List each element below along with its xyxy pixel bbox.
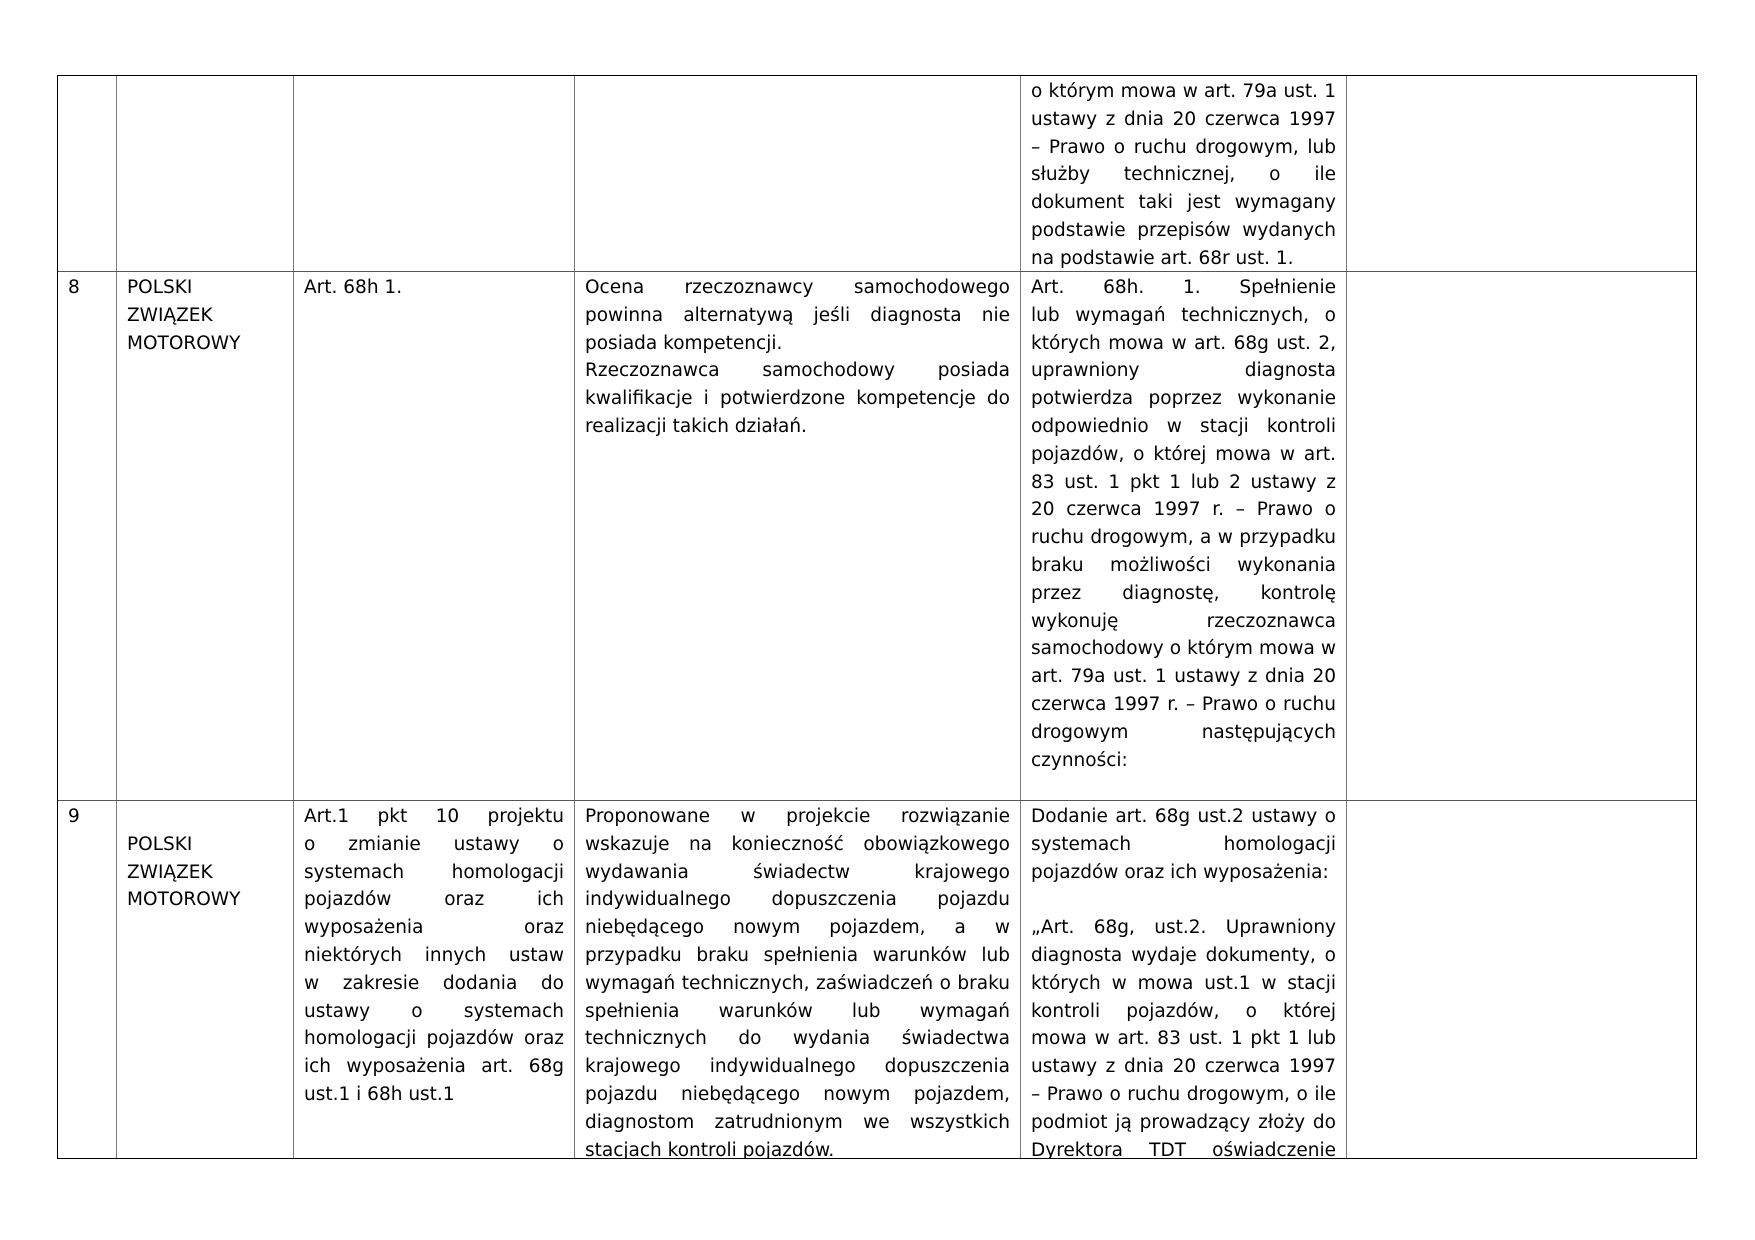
text-line: w zakresie dodania do (304, 970, 564, 998)
text-line: na podstawie art. 68r ust. 1. (1031, 245, 1336, 271)
cell-przepis: Art. 68h 1. (294, 272, 575, 800)
cell-text (1357, 803, 1686, 831)
text-line: których mowa w art. 68g ust. 2, (1031, 330, 1336, 358)
cell-propozycja: o którym mowa w art. 79a ust. 1ustawy z … (1021, 76, 1347, 271)
text-line: systemach homologacji (1031, 831, 1336, 859)
organization-name-line: MOTOROWY (127, 886, 283, 914)
text-line: diagnosta wydaje dokumenty, o (1031, 942, 1336, 970)
text-line: technicznych do wydania świadectwa (585, 1025, 1010, 1053)
text-line (1031, 886, 1336, 914)
text-line: posiada kompetencji. (585, 330, 1010, 358)
cell-lp: 8 (58, 272, 117, 800)
organization-name-line: MOTOROWY (127, 330, 283, 358)
text-line: pojazdów, o której mowa w art. (1031, 441, 1336, 469)
text-line: Art.1 pkt 10 projektu ustawy (304, 803, 564, 831)
cell-uwaga: Ocena rzeczoznawcy samochodowegopowinna … (575, 272, 1021, 800)
text-line: podmiot ją prowadzący złoży do (1031, 1109, 1336, 1137)
text-line: krajowego indywidualnego dopuszczenia (585, 1053, 1010, 1081)
organization-name-line: POLSKI (127, 831, 283, 859)
text-line: kontroli pojazdów, o której (1031, 998, 1336, 1026)
text-line: o zmianie ustawy o (304, 831, 564, 859)
text-line: stacjach kontroli pojazdów. (585, 1137, 1010, 1158)
cell-text (1357, 274, 1686, 302)
text-line: ustawy z dnia 20 czerwca 1997 r. (1031, 1053, 1336, 1081)
cell-przepis: Art.1 pkt 10 projektu ustawyo zmianie us… (294, 801, 575, 1158)
cell-podmiot: POLSKIZWIĄZEKMOTOROWY (117, 801, 294, 1158)
text-line: ustawy z dnia 20 czerwca 1997 r. (1031, 106, 1336, 134)
cell-text (68, 78, 106, 106)
text-line: wykonuję rzeczoznawca (1031, 608, 1336, 636)
table-row: o którym mowa w art. 79a ust. 1ustawy z … (58, 76, 1696, 272)
text-line: 20 czerwca 1997 r. – Prawo o (1031, 496, 1336, 524)
text-line: samochodowy o którym mowa w (1031, 635, 1336, 663)
text-line: Proponowane w projekcie rozwiązanie (585, 803, 1010, 831)
text-line: – Prawo o ruchu drogowym, lub (1031, 134, 1336, 162)
text-line: Rzeczoznawca samochodowy posiada (585, 357, 1010, 385)
text-line: uprawniony diagnosta (1031, 357, 1336, 385)
text-line: Ocena rzeczoznawcy samochodowego (585, 274, 1010, 302)
text-line: pojazdu niebędącego nowym pojazdem, (585, 1081, 1010, 1109)
text-line: Dyrektora TDT oświadczenie (1031, 1137, 1336, 1158)
cell-propozycja: Dodanie art. 68g ust.2 ustawy osystemach… (1021, 801, 1347, 1158)
text-line: których w mowa ust.1 w stacji (1031, 970, 1336, 998)
cell-uwaga: Proponowane w projekcie rozwiązaniewskaz… (575, 801, 1021, 1158)
text-line: czynności: (1031, 747, 1336, 775)
text-line: wskazuje na konieczność obowiązkowego (585, 831, 1010, 859)
text-line: „Art. 68g, ust.2. Uprawniony (1031, 914, 1336, 942)
organization-name-line: POLSKI (127, 274, 283, 302)
text-line: ustawy o systemach (304, 998, 564, 1026)
cell-podmiot (117, 76, 294, 271)
cell-podmiot: POLSKIZWIĄZEKMOTOROWY (117, 272, 294, 800)
text-line: mowa w art. 83 ust. 1 pkt 1 lub 2 (1031, 1025, 1336, 1053)
text-line: wydawania świadectw krajowego (585, 859, 1010, 887)
text-line: przez diagnostę, kontrolę (1031, 580, 1336, 608)
text-line: pojazdów oraz ich (304, 886, 564, 914)
text-line: diagnostom zatrudnionym we wszystkich (585, 1109, 1010, 1137)
text-line: podstawie przepisów wydanych (1031, 217, 1336, 245)
organization-name-line: ZWIĄZEK (127, 859, 283, 887)
text-line: powinna alternatywą jeśli diagnosta nie (585, 302, 1010, 330)
text-line: realizacji takich działań. (585, 413, 1010, 441)
text-line: ust.1 i 68h ust.1 (304, 1081, 564, 1109)
table-row: 8 POLSKIZWIĄZEKMOTOROWY Art. 68h 1. Ocen… (58, 272, 1696, 801)
text-line: lub wymagań technicznych, o (1031, 302, 1336, 330)
text-line: czerwca 1997 r. – Prawo o ruchu (1031, 691, 1336, 719)
text-line: spełnienia warunków lub wymagań (585, 998, 1010, 1026)
text-line: pojazdów oraz ich wyposażenia: (1031, 859, 1336, 887)
cell-text: 9 (68, 803, 106, 831)
text-line: Art. 68h 1. (304, 274, 564, 302)
text-line: ich wyposażenia art. 68g (304, 1053, 564, 1081)
organization-name-line: ZWIĄZEK (127, 302, 283, 330)
text-line: indywidualnego dopuszczenia pojazdu (585, 886, 1010, 914)
text-line: przypadku braku spełnienia warunków lub (585, 942, 1010, 970)
cell-uwaga (575, 76, 1021, 271)
cell-przepis (294, 76, 575, 271)
text-line: dokument taki jest wymagany na (1031, 189, 1336, 217)
text-line: drogowym następujących (1031, 719, 1336, 747)
text-line: 83 ust. 1 pkt 1 lub 2 ustawy z dnia (1031, 469, 1336, 497)
text-line: wyposażenia oraz (304, 914, 564, 942)
text-line: odpowiednio w stacji kontroli (1031, 413, 1336, 441)
text-line: – Prawo o ruchu drogowym, o ile (1031, 1081, 1336, 1109)
text-line: systemach homologacji (304, 859, 564, 887)
cell-lp: 9 (58, 801, 117, 1158)
text-line: braku możliwości wykonania (1031, 552, 1336, 580)
cell-text: 8 (68, 274, 106, 302)
text-line: niebędącego nowym pojazdem, a w (585, 914, 1010, 942)
cell-stanowisko (1347, 76, 1696, 271)
text-line: kwalifikacje i potwierdzone kompetencje … (585, 385, 1010, 413)
text-line: homologacji pojazdów oraz (304, 1025, 564, 1053)
text-line: Dodanie art. 68g ust.2 ustawy o (1031, 803, 1336, 831)
text-line: niektórych innych ustaw (304, 942, 564, 970)
text-line: potwierdza poprzez wykonanie (1031, 385, 1336, 413)
cell-lp (58, 76, 117, 271)
text-line: ruchu drogowym, a w przypadku (1031, 524, 1336, 552)
text-line: o którym mowa w art. 79a ust. 1 (1031, 78, 1336, 106)
text-line: Art. 68h. 1. Spełnienie warunków (1031, 274, 1336, 302)
comments-table: o którym mowa w art. 79a ust. 1ustawy z … (57, 75, 1697, 1159)
text-line: służby technicznej, o ile (1031, 161, 1336, 189)
text-line: wymagań technicznych, zaświadczeń o brak… (585, 970, 1010, 998)
table-row: 9 POLSKIZWIĄZEKMOTOROWY Art.1 pkt 10 pro… (58, 801, 1696, 1158)
text-line: art. 79a ust. 1 ustawy z dnia 20 (1031, 663, 1336, 691)
cell-propozycja: Art. 68h. 1. Spełnienie warunkówlub wyma… (1021, 272, 1347, 800)
cell-stanowisko (1347, 272, 1696, 800)
cell-text (1357, 78, 1686, 106)
cell-stanowisko (1347, 801, 1696, 1158)
